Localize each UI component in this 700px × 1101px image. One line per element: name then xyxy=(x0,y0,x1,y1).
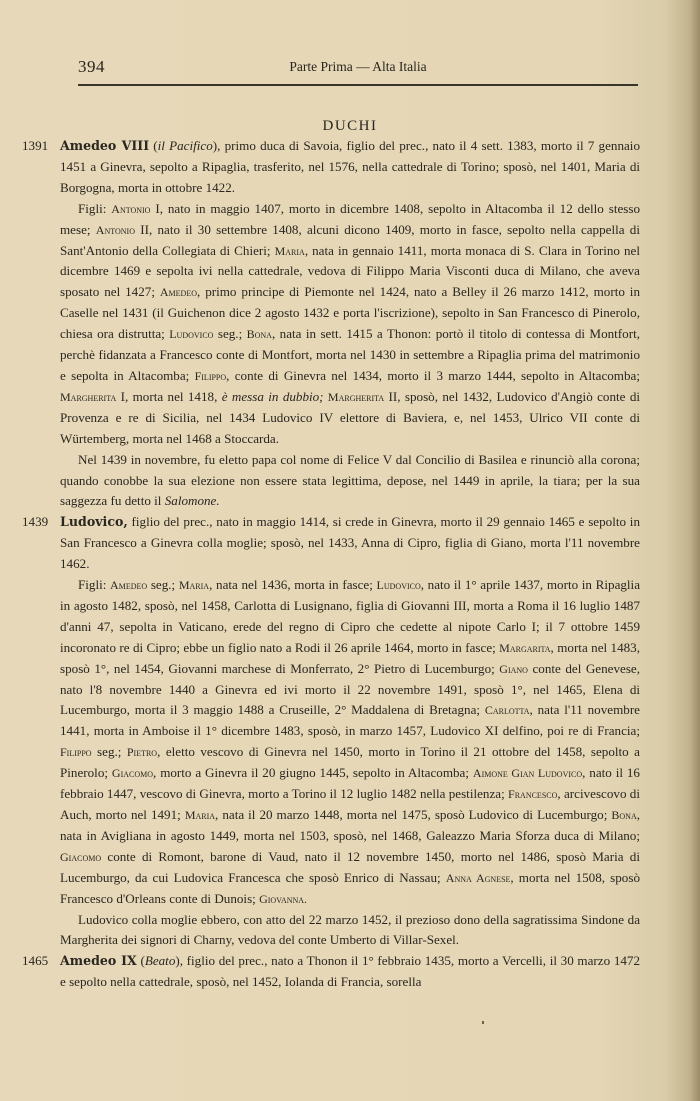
body-text: 1391 Amedeo VIII (il Pacifico), primo du… xyxy=(22,136,640,993)
person-name: Bona xyxy=(611,808,636,822)
person-name: Giacomo xyxy=(60,850,101,864)
person-name: Giacomo xyxy=(112,766,153,780)
entry-epithet: il Pacifico xyxy=(158,138,213,153)
entry-amedeo-viii: 1391 Amedeo VIII (il Pacifico), primo du… xyxy=(22,136,640,199)
text-run: seg.; xyxy=(147,577,179,592)
figli-paragraph: Figli: Antonio I, nato in maggio 1407, m… xyxy=(22,199,640,450)
entry-name: Amedeo IX xyxy=(60,953,137,968)
person-name: Pietro xyxy=(127,745,157,759)
person-name: Maria xyxy=(275,244,305,258)
person-name: Amedeo xyxy=(160,285,197,299)
person-name: Filippo xyxy=(60,745,92,759)
entry-epithet: Beato xyxy=(145,953,176,968)
running-title: Parte Prima — Alta Italia xyxy=(78,59,638,75)
entry-year: 1465 xyxy=(22,951,48,972)
text-run: Nel 1439 in novembre, fu eletto papa col… xyxy=(60,452,640,509)
paper-speck xyxy=(482,1021,484,1024)
text-run: , nata nel 1436, morta in fasce; xyxy=(209,577,376,592)
text-run: , conte di Ginevra nel 1434, morto il 3 … xyxy=(226,368,640,383)
section-title: DUCHI xyxy=(0,118,700,135)
note-paragraph: Ludovico colla moglie ebbero, con atto d… xyxy=(22,910,640,952)
text-run: Ludovico colla moglie ebbero, con atto d… xyxy=(60,912,640,948)
italic-text: è messa in dubbio; xyxy=(222,389,324,404)
person-name: Margherita xyxy=(328,390,384,404)
person-name: Carlotta xyxy=(485,703,530,717)
person-name: Ludovico xyxy=(169,327,213,341)
page-edge-shadow xyxy=(690,0,700,1101)
figli-paragraph: Figli: Amedeo seg.; Maria, nata nel 1436… xyxy=(22,575,640,910)
person-name: Francesco xyxy=(508,787,557,801)
text-run: , morto a Ginevra il 20 giugno 1445, sep… xyxy=(153,765,473,780)
person-name: Giovanna. xyxy=(259,892,307,906)
entry-name: Amedeo VIII xyxy=(60,138,149,153)
person-name: Anna Agnese xyxy=(446,871,511,885)
person-name: Bona xyxy=(247,327,272,341)
header-rule xyxy=(78,84,638,86)
person-name: Giano xyxy=(499,662,528,676)
italic-text: Salomone. xyxy=(165,493,220,508)
person-name: Margherita xyxy=(60,390,116,404)
person-name: Antonio xyxy=(111,202,150,216)
person-name: Antonio xyxy=(96,223,135,237)
entry-name: Ludovico, xyxy=(60,514,128,529)
text-run: seg.; xyxy=(213,326,246,341)
running-head: 394 Parte Prima — Alta Italia xyxy=(78,57,638,77)
person-name: Amedeo xyxy=(110,578,147,592)
text-run: Figli: xyxy=(78,201,111,216)
entry-ludovico: 1439 Ludovico, figlio del prec., nato in… xyxy=(22,512,640,575)
entry-intro: figlio del prec., nato in maggio 1414, s… xyxy=(60,514,640,571)
text-run: I, morta nel 1418, xyxy=(116,389,221,404)
text-run: Figli: xyxy=(78,577,110,592)
text-run: , nata il 20 marzo 1448, morta nel 1475,… xyxy=(215,807,611,822)
person-name: Maria xyxy=(185,808,215,822)
text-run: seg.; xyxy=(92,744,127,759)
entry-year: 1439 xyxy=(22,512,48,533)
person-name: Ludovico xyxy=(377,578,421,592)
person-name: Aimone Gian Ludovico xyxy=(473,766,582,780)
person-name: Filippo xyxy=(195,369,227,383)
entry-year: 1391 xyxy=(22,136,48,157)
person-name: Margarita xyxy=(499,641,550,655)
book-page: 394 Parte Prima — Alta Italia DUCHI 1391… xyxy=(0,0,700,1101)
note-paragraph: Nel 1439 in novembre, fu eletto papa col… xyxy=(22,450,640,513)
entry-amedeo-ix: 1465 Amedeo IX (Beato), figlio del prec.… xyxy=(22,951,640,993)
person-name: Maria xyxy=(179,578,209,592)
